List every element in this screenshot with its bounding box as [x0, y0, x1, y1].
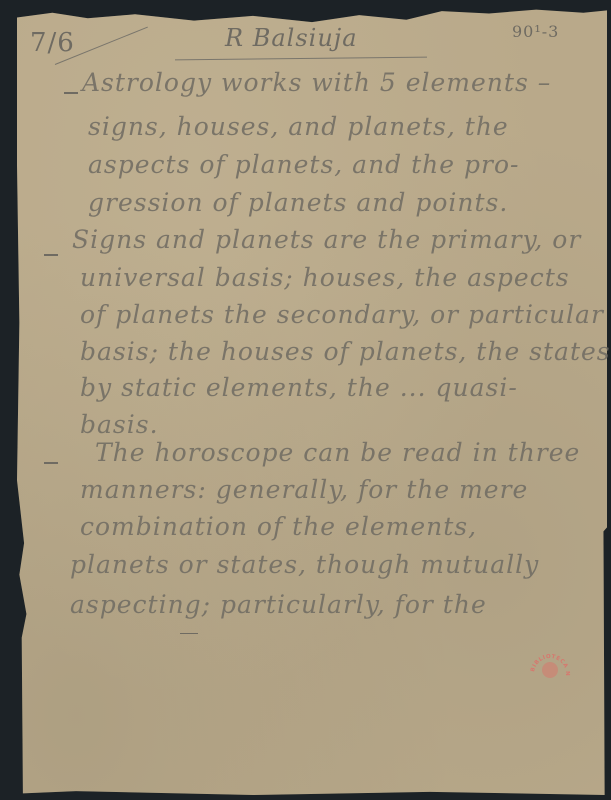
library-stamp: BIBLIOTECA NACIONAL — [528, 644, 572, 688]
manuscript-line: Signs and planets are the primary, or — [72, 225, 581, 254]
manuscript-line: aspecting; particularly, for the — [70, 590, 487, 619]
pen-mark — [180, 633, 198, 634]
signature: R Balsiuja — [225, 24, 358, 52]
manuscript-line: basis; the houses of planets, the states — [80, 337, 611, 366]
manuscript-line: combination of the elements, — [80, 512, 477, 541]
folio-number-right: 90¹-3 — [512, 22, 559, 41]
paragraph-dash — [64, 92, 78, 94]
manuscript-line: basis. — [80, 410, 159, 439]
manuscript-line: gression of planets and points. — [88, 188, 508, 217]
manuscript-line: planets or states, though mutually — [70, 550, 539, 579]
manuscript-line: aspects of planets, and the pro- — [88, 150, 519, 179]
stamp-center — [542, 662, 558, 678]
manuscript-line: by static elements, the ... quasi- — [80, 373, 518, 402]
manuscript-line: The horoscope can be read in three — [95, 438, 580, 467]
folio-number-left: 7/6 — [30, 28, 75, 58]
manuscript-line: manners: generally, for the mere — [80, 475, 528, 504]
paragraph-dash — [44, 462, 58, 464]
manuscript-line: signs, houses, and planets, the — [88, 112, 509, 141]
paragraph-dash — [44, 254, 58, 256]
manuscript-line: Astrology works with 5 elements – — [82, 68, 551, 97]
manuscript-line: of planets the secondary, or particular — [80, 300, 604, 329]
manuscript-line: universal basis; houses, the aspects — [80, 263, 570, 292]
